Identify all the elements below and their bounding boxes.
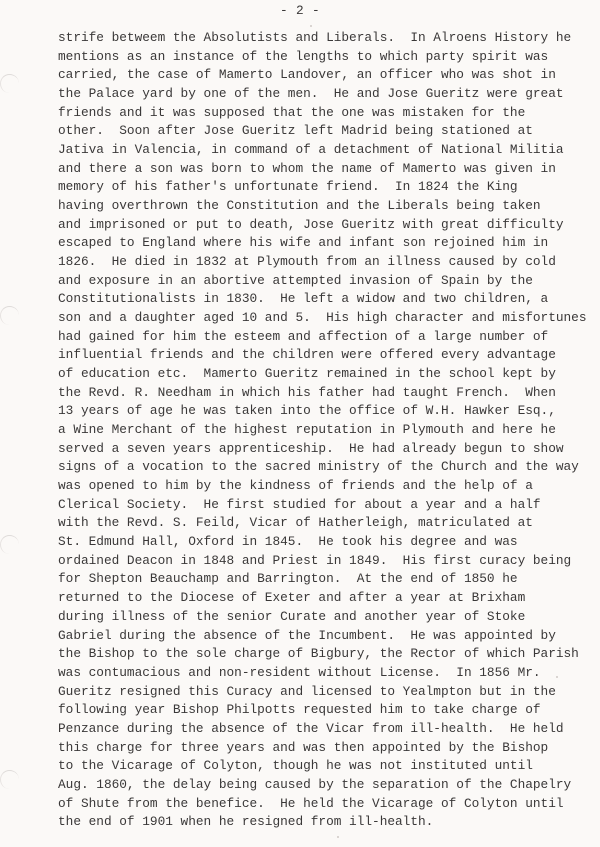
text-line: carried, the case of Mamerto Landover, a… <box>58 66 598 85</box>
text-line: friends and it was supposed that the one… <box>58 104 598 123</box>
text-line: 13 years of age he was taken into the of… <box>58 402 598 421</box>
text-line: 1826. He died in 1832 at Plymouth from a… <box>58 253 598 272</box>
text-line: the end of 1901 when he resigned from il… <box>58 813 598 832</box>
text-line: returned to the Diocese of Exeter and af… <box>58 589 598 608</box>
paper-speck <box>337 836 339 838</box>
text-line: ordained Deacon in 1848 and Priest in 18… <box>58 552 598 571</box>
text-line: was opened to him by the kindness of fri… <box>58 477 598 496</box>
hole-punch-mark <box>0 74 19 93</box>
text-line: Aug. 1860, the delay being caused by the… <box>58 776 598 795</box>
text-line: during illness of the senior Curate and … <box>58 608 598 627</box>
text-line: of education etc. Mamerto Gueritz remain… <box>58 365 598 384</box>
text-line: Gabriel during the absence of the Incumb… <box>58 627 598 646</box>
document-body: strife betweem the Absolutists and Liber… <box>58 29 598 832</box>
text-line: a Wine Merchant of the highest reputatio… <box>58 421 598 440</box>
text-line: and exposure in an abortive attempted in… <box>58 272 598 291</box>
hole-punch-mark <box>0 770 19 789</box>
text-line: other. Soon after Jose Gueritz left Madr… <box>58 122 598 141</box>
text-line: strife betweem the Absolutists and Liber… <box>58 29 598 48</box>
text-line: Constitutionalists in 1830. He left a wi… <box>58 290 598 309</box>
text-line: of Shute from the benefice. He held the … <box>58 795 598 814</box>
text-line: was contumacious and non-resident withou… <box>58 664 598 683</box>
text-line: escaped to England where his wife and in… <box>58 234 598 253</box>
text-line: St. Edmund Hall, Oxford in 1845. He took… <box>58 533 598 552</box>
text-line: had gained for him the esteem and affect… <box>58 328 598 347</box>
text-line: Gueritz resigned this Curacy and license… <box>58 683 598 702</box>
text-line: the Bishop to the sole charge of Bigbury… <box>58 645 598 664</box>
text-line: influential friends and the children wer… <box>58 346 598 365</box>
text-line: the Palace yard by one of the men. He an… <box>58 85 598 104</box>
text-line: Penzance during the absence of the Vicar… <box>58 720 598 739</box>
hole-punch-mark <box>0 306 19 325</box>
text-line: this charge for three years and was then… <box>58 739 598 758</box>
text-line: served a seven years apprenticeship. He … <box>58 440 598 459</box>
text-line: and there a son was born to whom the nam… <box>58 160 598 179</box>
text-line: Clerical Society. He first studied for a… <box>58 496 598 515</box>
text-line: mentions as an instance of the lengths t… <box>58 48 598 67</box>
text-line: following year Bishop Philpotts requeste… <box>58 701 598 720</box>
hole-punch-mark <box>0 535 19 554</box>
text-line: to the Vicarage of Colyton, though he wa… <box>58 757 598 776</box>
text-line: the Revd. R. Needham in which his father… <box>58 384 598 403</box>
text-line: and imprisoned or put to death, Jose Gue… <box>58 216 598 235</box>
text-line: having overthrown the Constitution and t… <box>58 197 598 216</box>
text-line: signs of a vocation to the sacred minist… <box>58 458 598 477</box>
text-line: with the Revd. S. Feild, Vicar of Hather… <box>58 514 598 533</box>
text-line: for Shepton Beauchamp and Barrington. At… <box>58 570 598 589</box>
text-line: son and a daughter aged 10 and 5. His hi… <box>58 309 598 328</box>
text-line: Jativa in Valencia, in command of a deta… <box>58 141 598 160</box>
page-number: - 2 - <box>0 3 600 18</box>
paper-speck <box>310 25 312 27</box>
text-line: memory of his father's unfortunate frien… <box>58 178 598 197</box>
